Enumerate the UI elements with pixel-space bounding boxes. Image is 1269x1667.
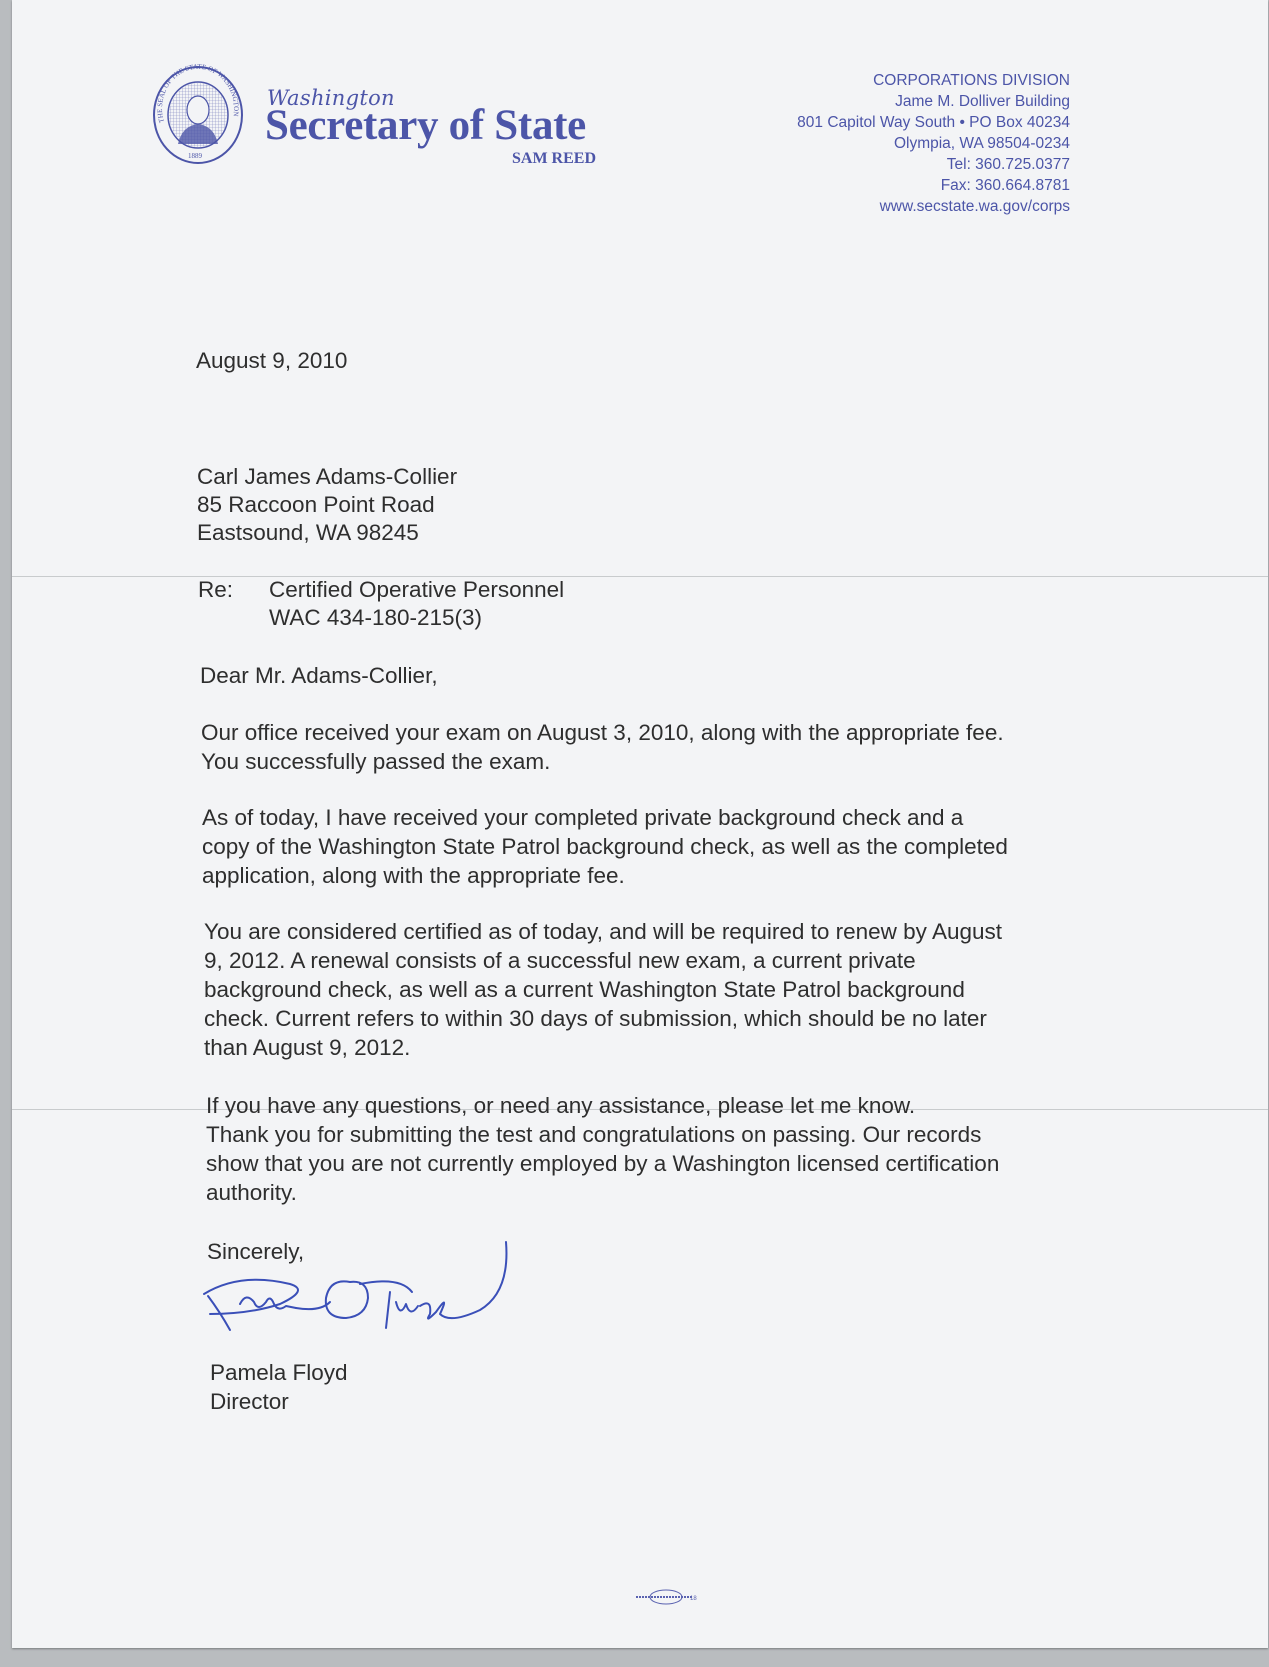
paragraph-line: than August 9, 2012. (204, 1033, 410, 1062)
letterhead-secretary: SAM REED (512, 150, 596, 168)
paragraph-line: If you have any questions, or need any a… (206, 1091, 915, 1120)
paragraph-line: application, along with the appropriate … (202, 861, 625, 890)
signature-icon (200, 1232, 540, 1362)
paragraph-line: 9, 2012. A renewal consists of a success… (204, 946, 916, 975)
letter-page: THE SEAL OF THE STATE OF WASHINGTON 1889… (12, 0, 1268, 1648)
signer-title: Director (210, 1387, 289, 1416)
return-address: CORPORATIONS DIVISION Jame M. Dolliver B… (797, 70, 1070, 217)
paragraph-line: You are considered certified as of today… (204, 917, 1002, 946)
paragraph-line: check. Current refers to within 30 days … (204, 1004, 987, 1033)
re-regulation: WAC 434-180-215(3) (269, 603, 482, 632)
address-line: www.secstate.wa.gov/corps (797, 196, 1070, 217)
address-line: Olympia, WA 98504-0234 (797, 133, 1070, 154)
recipient-city: Eastsound, WA 98245 (197, 518, 419, 547)
salutation: Dear Mr. Adams-Collier, (200, 661, 438, 690)
letter-date: August 9, 2010 (196, 346, 347, 375)
recipient-name: Carl James Adams-Collier (197, 462, 457, 491)
address-line: 801 Capitol Way South • PO Box 40234 (797, 112, 1070, 133)
address-line: CORPORATIONS DIVISION (797, 70, 1070, 91)
re-label: Re: (198, 575, 233, 604)
state-seal-icon: THE SEAL OF THE STATE OF WASHINGTON 1889 (152, 64, 244, 166)
letterhead-office: Secretary of State (265, 104, 586, 147)
signer-name: Pamela Floyd (210, 1358, 348, 1387)
paragraph-line: Thank you for submitting the test and co… (206, 1120, 981, 1149)
paragraph-line: Our office received your exam on August … (201, 718, 1004, 747)
paragraph-line: authority. (206, 1178, 297, 1207)
address-line: Jame M. Dolliver Building (797, 91, 1070, 112)
address-line: Fax: 360.664.8781 (797, 175, 1070, 196)
address-line: Tel: 360.725.0377 (797, 154, 1070, 175)
svg-text:18: 18 (690, 1596, 697, 1602)
paragraph-line: You successfully passed the exam. (201, 747, 550, 776)
paragraph-line: As of today, I have received your comple… (202, 803, 963, 832)
recipient-street: 85 Raccoon Point Road (197, 490, 435, 519)
paragraph-line: copy of the Washington State Patrol back… (202, 832, 1008, 861)
re-subject: Certified Operative Personnel (269, 575, 564, 604)
union-label-icon: 18 (634, 1588, 698, 1606)
paragraph-line: background check, as well as a current W… (204, 975, 965, 1004)
svg-text:1889: 1889 (188, 152, 203, 160)
paragraph-line: show that you are not currently employed… (206, 1149, 999, 1178)
